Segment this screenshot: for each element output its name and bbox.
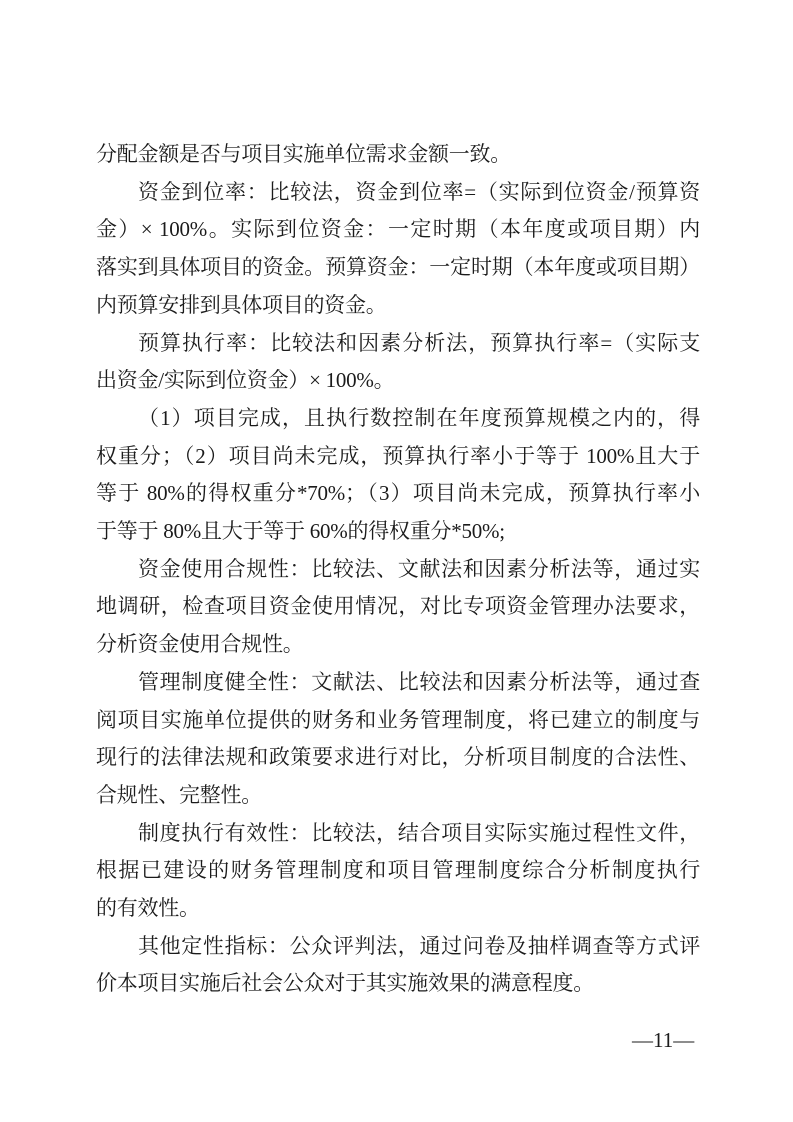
document-line: 出资金/实际到位资金）× 100%。: [96, 362, 700, 400]
document-line: 的有效性。: [96, 890, 700, 928]
document-line: 现行的法律法规和政策要求进行对比，分析项目制度的合法性、: [96, 739, 700, 777]
document-line: 价本项目实施后社会公众对于其实施效果的满意程度。: [96, 965, 700, 1003]
document-line: 权重分；（2）项目尚未完成，预算执行率小于等于 100%且大于: [96, 438, 700, 476]
document-line: 内预算安排到具体项目的资金。: [96, 287, 700, 325]
document-line: 资金使用合规性：比较法、文献法和因素分析法等，通过实: [96, 551, 700, 589]
document-line: 资金到位率：比较法，资金到位率=（实际到位资金/预算资: [96, 174, 700, 212]
document-line: （1）项目完成，且执行数控制在年度预算规模之内的，得: [96, 400, 700, 438]
document-line: 分配金额是否与项目实施单位需求金额一致。: [96, 136, 700, 174]
document-line: 于等于 80%且大于等于 60%的得权重分*50%;: [96, 513, 700, 551]
document-line: 落实到具体项目的资金。预算资金：一定时期（本年度或项目期）: [96, 249, 700, 287]
document-line: 其他定性指标：公众评判法，通过问卷及抽样调查等方式评: [96, 928, 700, 966]
page-number: —11—: [632, 1026, 694, 1054]
document-line: 制度执行有效性：比较法，结合项目实际实施过程性文件，: [96, 815, 700, 853]
document-line: 预算执行率：比较法和因素分析法，预算执行率=（实际支: [96, 325, 700, 363]
document-line: 阅项目实施单位提供的财务和业务管理制度，将已建立的制度与: [96, 702, 700, 740]
document-page: 分配金额是否与项目实施单位需求金额一致。 资金到位率：比较法，资金到位率=（实际…: [0, 0, 793, 1122]
document-line: 地调研，检查项目资金使用情况，对比专项资金管理办法要求，: [96, 588, 700, 626]
document-line: 等于 80%的得权重分*70%；（3）项目尚未完成，预算执行率小: [96, 475, 700, 513]
document-line: 金）× 100%。实际到位资金：一定时期（本年度或项目期）内: [96, 211, 700, 249]
document-line: 管理制度健全性：文献法、比较法和因素分析法等，通过查: [96, 664, 700, 702]
document-line: 分析资金使用合规性。: [96, 626, 700, 664]
document-line: 合规性、完整性。: [96, 777, 700, 815]
document-line: 根据已建设的财务管理制度和项目管理制度综合分析制度执行: [96, 852, 700, 890]
document-body: 分配金额是否与项目实施单位需求金额一致。 资金到位率：比较法，资金到位率=（实际…: [96, 136, 700, 1003]
